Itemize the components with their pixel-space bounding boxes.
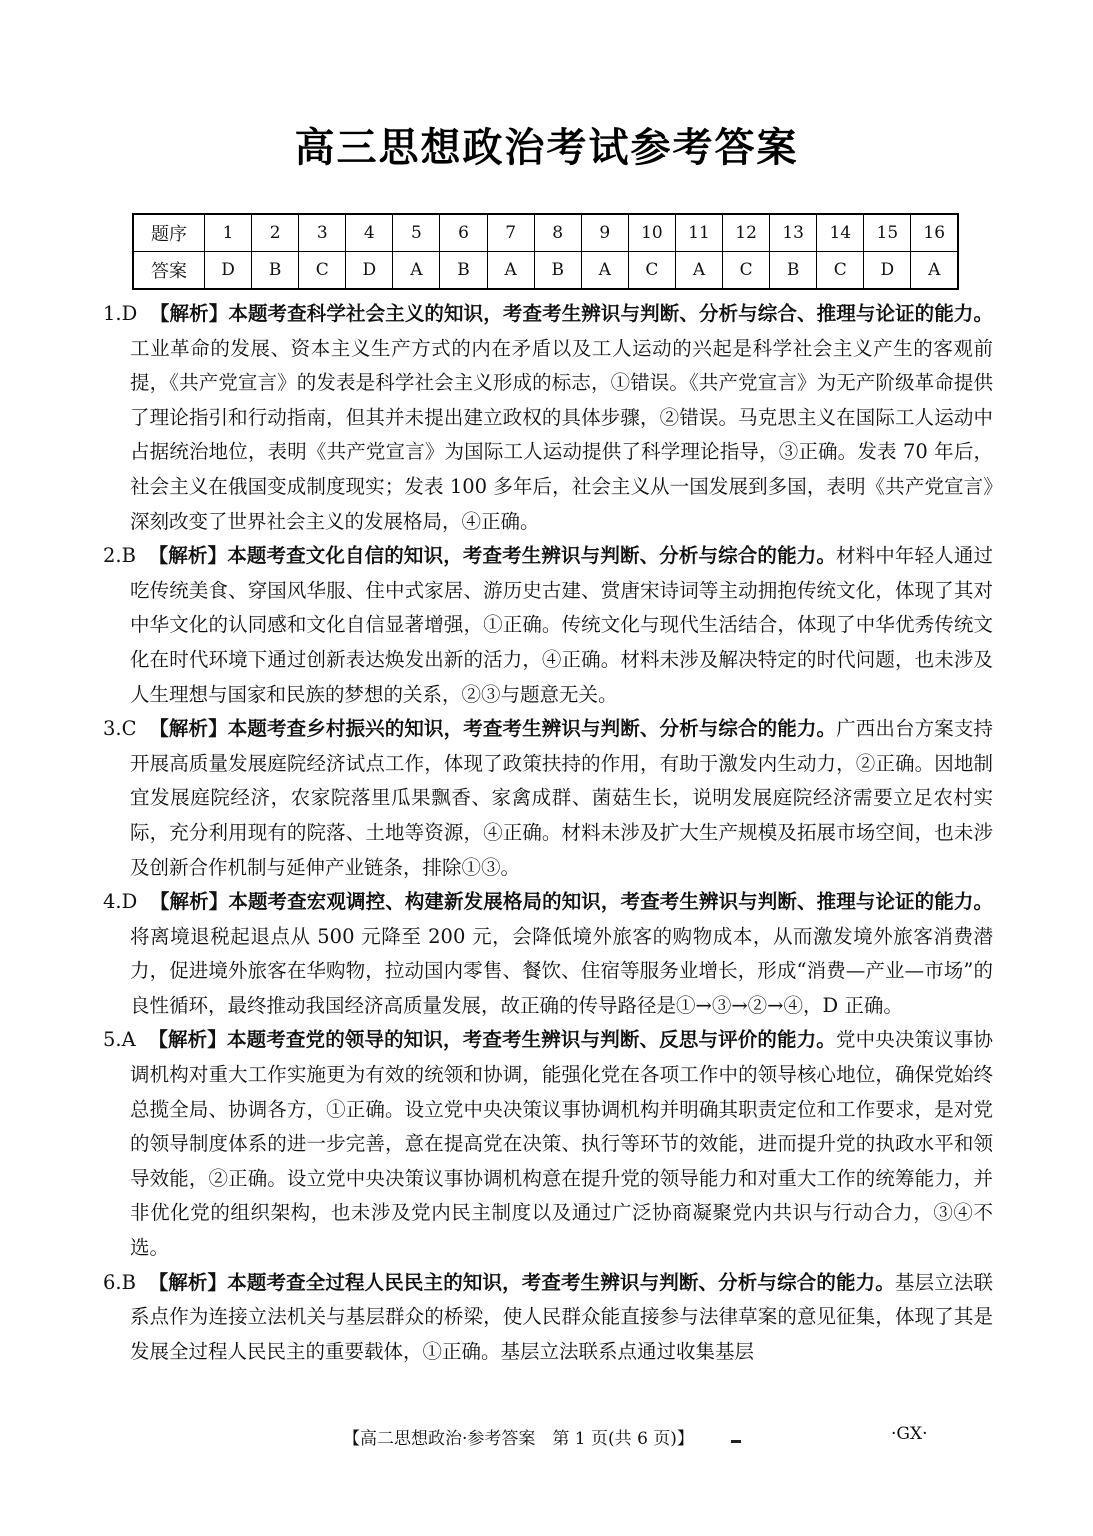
answer-cell: C: [817, 252, 864, 290]
answer-cell: B: [770, 252, 817, 290]
explanations: 1.D 【解析】本题考查科学社会主义的知识，考查考生辨识与判断、分析与综合、推理…: [103, 297, 993, 1369]
analysis-tag: 【解析】: [149, 544, 228, 567]
row-label: 答案: [133, 252, 205, 290]
analysis-body: 广西出台方案支持开展高质量发展庭院经济试点工作，体现了政策扶持的作用，有助于激发…: [130, 717, 993, 878]
question-number: 10: [628, 214, 675, 252]
analysis-body: 将离境退税起退点从 500 元降至 200 元，会降低境外旅客的购物成本，从而激…: [130, 925, 993, 1017]
page-footer: 【高二思想政治·参考答案 第 1 页(共 6 页)】: [343, 1424, 694, 1449]
answer-cell: C: [299, 252, 346, 290]
question-number: 14: [817, 214, 864, 252]
page-title: 高三思想政治考试参考答案: [0, 116, 1093, 173]
item-number: 2.B: [103, 544, 136, 567]
answer-cell: C: [723, 252, 770, 290]
answer-cell: A: [911, 252, 958, 290]
question-number: 5: [393, 214, 440, 252]
analysis-tag: 【解析】: [150, 302, 228, 325]
answer-cell: D: [346, 252, 393, 290]
explanation-item: 4.D 【解析】本题考查宏观调控、构建新发展格局的知识，考查考生辨识与判断、推理…: [103, 885, 993, 1023]
explanation-item: 2.B 【解析】本题考查文化自信的知识，考查考生辨识与判断、分析与综合的能力。材…: [103, 539, 993, 712]
analysis-tag: 【解析】: [150, 890, 228, 913]
answer-cell: D: [205, 252, 252, 290]
question-number: 9: [581, 214, 628, 252]
answer-table: 题序 1 2 3 4 5 6 7 8 9 10 11 12 13 14 15 1…: [132, 213, 959, 290]
analysis-body: 党中央决策议事协调机构对重大工作实施更为有效的统领和协调，能强化党在各项工作中的…: [130, 1028, 993, 1259]
question-number-row: 题序 1 2 3 4 5 6 7 8 9 10 11 12 13 14 15 1…: [133, 214, 958, 252]
analysis-lead: 本题考查全过程人民民主的知识，考查考生辨识与判断、分析与综合的能力。: [227, 1271, 895, 1294]
question-number: 11: [675, 214, 722, 252]
question-number: 8: [534, 214, 581, 252]
item-number: 3.C: [103, 717, 137, 740]
answer-cell: D: [864, 252, 911, 290]
question-number: 13: [770, 214, 817, 252]
analysis-tag: 【解析】: [148, 1028, 227, 1051]
analysis-lead: 本题考查宏观调控、构建新发展格局的知识，考查考生辨识与判断、推理与论证的能力。: [228, 890, 993, 913]
explanation-item: 1.D 【解析】本题考查科学社会主义的知识，考查考生辨识与判断、分析与综合、推理…: [103, 297, 993, 539]
analysis-lead: 本题考查科学社会主义的知识，考查考生辨识与判断、分析与综合、推理与论证的能力。: [228, 302, 993, 325]
item-number: 6.B: [103, 1271, 136, 1294]
answer-cell: C: [628, 252, 675, 290]
analysis-tag: 【解析】: [149, 717, 228, 740]
item-number: 1.D: [103, 302, 137, 325]
question-number: 12: [723, 214, 770, 252]
row-label: 题序: [133, 214, 205, 252]
answer-cell: A: [581, 252, 628, 290]
explanation-item: 3.C 【解析】本题考查乡村振兴的知识，考查考生辨识与判断、分析与综合的能力。广…: [103, 712, 993, 885]
explanation-item: 6.B 【解析】本题考查全过程人民民主的知识，考查考生辨识与判断、分析与综合的能…: [103, 1266, 993, 1370]
item-number: 5.A: [103, 1028, 136, 1051]
answer-cell: B: [440, 252, 487, 290]
answer-cell: A: [393, 252, 440, 290]
question-number: 6: [440, 214, 487, 252]
question-number: 3: [299, 214, 346, 252]
question-number: 1: [205, 214, 252, 252]
analysis-lead: 本题考查党的领导的知识，考查考生辨识与判断、反思与评价的能力。: [227, 1028, 836, 1051]
analysis-lead: 本题考查乡村振兴的知识，考查考生辨识与判断、分析与综合的能力。: [228, 717, 836, 740]
region-mark: ·GX·: [891, 1424, 928, 1444]
explanation-item: 5.A 【解析】本题考查党的领导的知识，考查考生辨识与判断、反思与评价的能力。党…: [103, 1023, 993, 1265]
question-number: 4: [346, 214, 393, 252]
question-number: 7: [487, 214, 534, 252]
analysis-body: 工业革命的发展、资本主义生产方式的内在矛盾以及工人运动的兴起是科学社会主义产生的…: [130, 337, 993, 533]
answer-cell: A: [487, 252, 534, 290]
analysis-tag: 【解析】: [149, 1271, 228, 1294]
item-number: 4.D: [103, 890, 137, 913]
question-number: 15: [864, 214, 911, 252]
answer-row: 答案 D B C D A B A B A C A C B C D A: [133, 252, 958, 290]
footer-tick-mark: [731, 1440, 741, 1443]
analysis-body: 材料中年轻人通过吃传统美食、穿国风华服、住中式家居、游历史古建、赏唐宋诗词等主动…: [130, 544, 993, 705]
answer-cell: B: [252, 252, 299, 290]
question-number: 16: [911, 214, 958, 252]
question-number: 2: [252, 214, 299, 252]
answer-cell: B: [534, 252, 581, 290]
analysis-lead: 本题考查文化自信的知识，考查考生辨识与判断、分析与综合的能力。: [227, 544, 836, 567]
answer-cell: A: [675, 252, 722, 290]
